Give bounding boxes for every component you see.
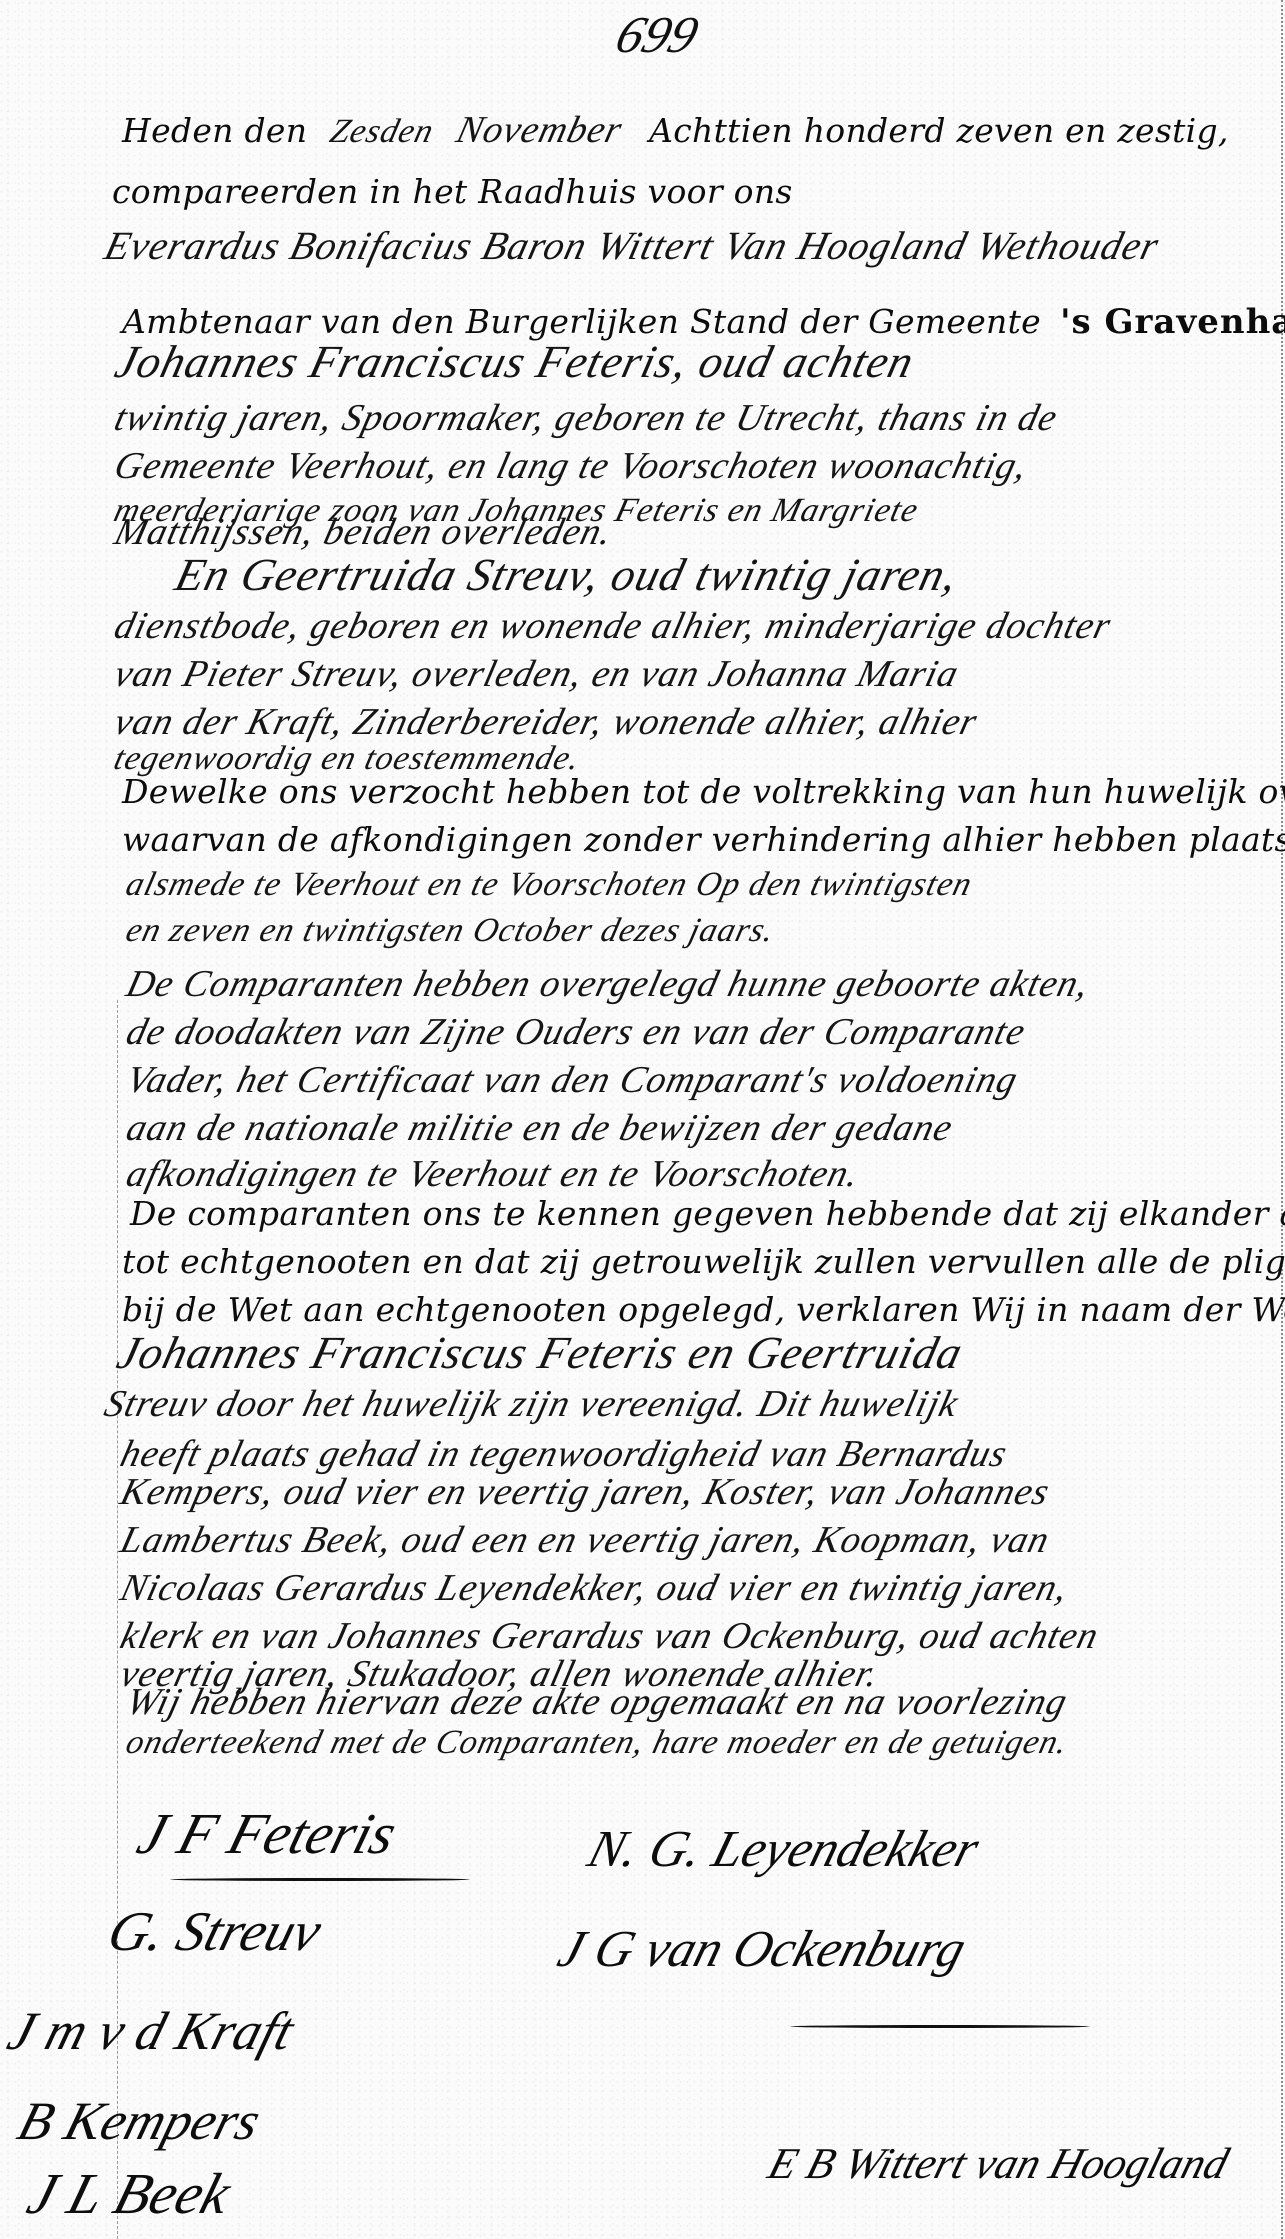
proclamation-line-1: alsmede te Veerhout en te Voorschoten Op… <box>122 866 976 904</box>
bride-line-3: van Pieter Streuv, overleden, en van Joh… <box>110 652 963 696</box>
signature-witness-ockenburg: J G van Ockenburg <box>552 1920 973 1979</box>
printed-waarvan-line: waarvan de afkondigingen zonder verhinde… <box>122 820 1285 859</box>
header-line-1: Heden den Zesden November Achttien honde… <box>122 108 1229 152</box>
printed-heden-den: Heden den <box>122 111 307 150</box>
documents-line-5: afkondigingen te Veerhout en te Voorscho… <box>122 1152 864 1196</box>
signature-witness-beek: J L Beek <box>20 2160 238 2227</box>
signature-witness-leyendekker: N. G. Leyendekker <box>582 1820 986 1879</box>
closing-line-2: onderteekend met de Comparanten, hare mo… <box>122 1724 1072 1762</box>
signature-officer: E B Wittert van Hoogland <box>763 2138 1235 2189</box>
bride-line-2: dienstbode, geboren en wonende alhier, m… <box>110 604 1116 648</box>
documents-line-4: aan de nationale militie en de bewijzen … <box>122 1106 958 1150</box>
documents-line-2: de doodakten van Zijne Ouders en van der… <box>122 1010 1030 1054</box>
bride-line-1: En Geertruida Streuv, oud twintig jaren, <box>170 548 964 601</box>
hand-month: November <box>452 108 627 152</box>
printed-comparanten-line-2: tot echtgenooten en dat zij getrouwelijk… <box>122 1242 1285 1281</box>
groom-line-3: Gemeente Veerhout, en lang te Voorschote… <box>110 444 1032 488</box>
bride-line-4: van der Kraft, Zinderbereider, wonende a… <box>110 700 982 744</box>
signature-flourish-ockenburg <box>790 2025 1090 2028</box>
signature-flourish <box>170 1878 470 1881</box>
closing-line-1: Wij hebben hiervan deze akte opgemaakt e… <box>122 1680 1072 1724</box>
witness-line-3: Nicolaas Gerardus Leyendekker, oud vier … <box>116 1566 1073 1610</box>
printed-year: Achttien honderd zeven en zestig, <box>649 111 1229 150</box>
printed-comparanten-line-3: bij de Wet aan echtgenooten opgelegd, ve… <box>122 1290 1285 1329</box>
marriage-line-1: Johannes Franciscus Feteris en Geertruid… <box>112 1326 969 1379</box>
groom-line-2: twintig jaren, Spoormaker, geboren te Ut… <box>110 396 1062 440</box>
marriage-line-2: Streuv door het huwelijk zijn vereenigd.… <box>100 1382 963 1426</box>
printed-comparanten-line-1: De comparanten ons te kennen gegeven heb… <box>130 1194 1285 1233</box>
signature-bride: G. Streuv <box>101 1900 329 1964</box>
proclamation-line-2: en zeven en twintigsten October dezes ja… <box>122 912 779 950</box>
printed-dewelke-line: Dewelke ons verzocht hebben tot de voltr… <box>122 772 1285 811</box>
groom-line-1: Johannes Franciscus Feteris, oud achten <box>110 335 920 388</box>
witness-line-1: Kempers, oud vier en veertig jaren, Kost… <box>116 1470 1054 1514</box>
signature-mother: J m v d Kraft <box>1 2000 301 2062</box>
page-number: 699 <box>608 6 705 65</box>
city-name: 's Gravenhage: <box>1060 302 1285 342</box>
officer-name: Everardus Bonifacius Baron Wittert Van H… <box>100 222 1164 269</box>
signature-witness-kempers: B Kempers <box>11 2090 267 2152</box>
witness-line-2: Lambertus Beek, oud een en veertig jaren… <box>116 1518 1054 1562</box>
documents-line-1: De Comparanten hebben overgelegd hunne g… <box>122 962 1094 1006</box>
hand-day: Zesden <box>326 113 438 151</box>
documents-line-3: Vader, het Certificaat van den Comparant… <box>122 1058 1023 1102</box>
header-line-2: compareerden in het Raadhuis voor ons <box>112 172 793 211</box>
signature-groom: J F Feteris <box>130 1800 404 1867</box>
